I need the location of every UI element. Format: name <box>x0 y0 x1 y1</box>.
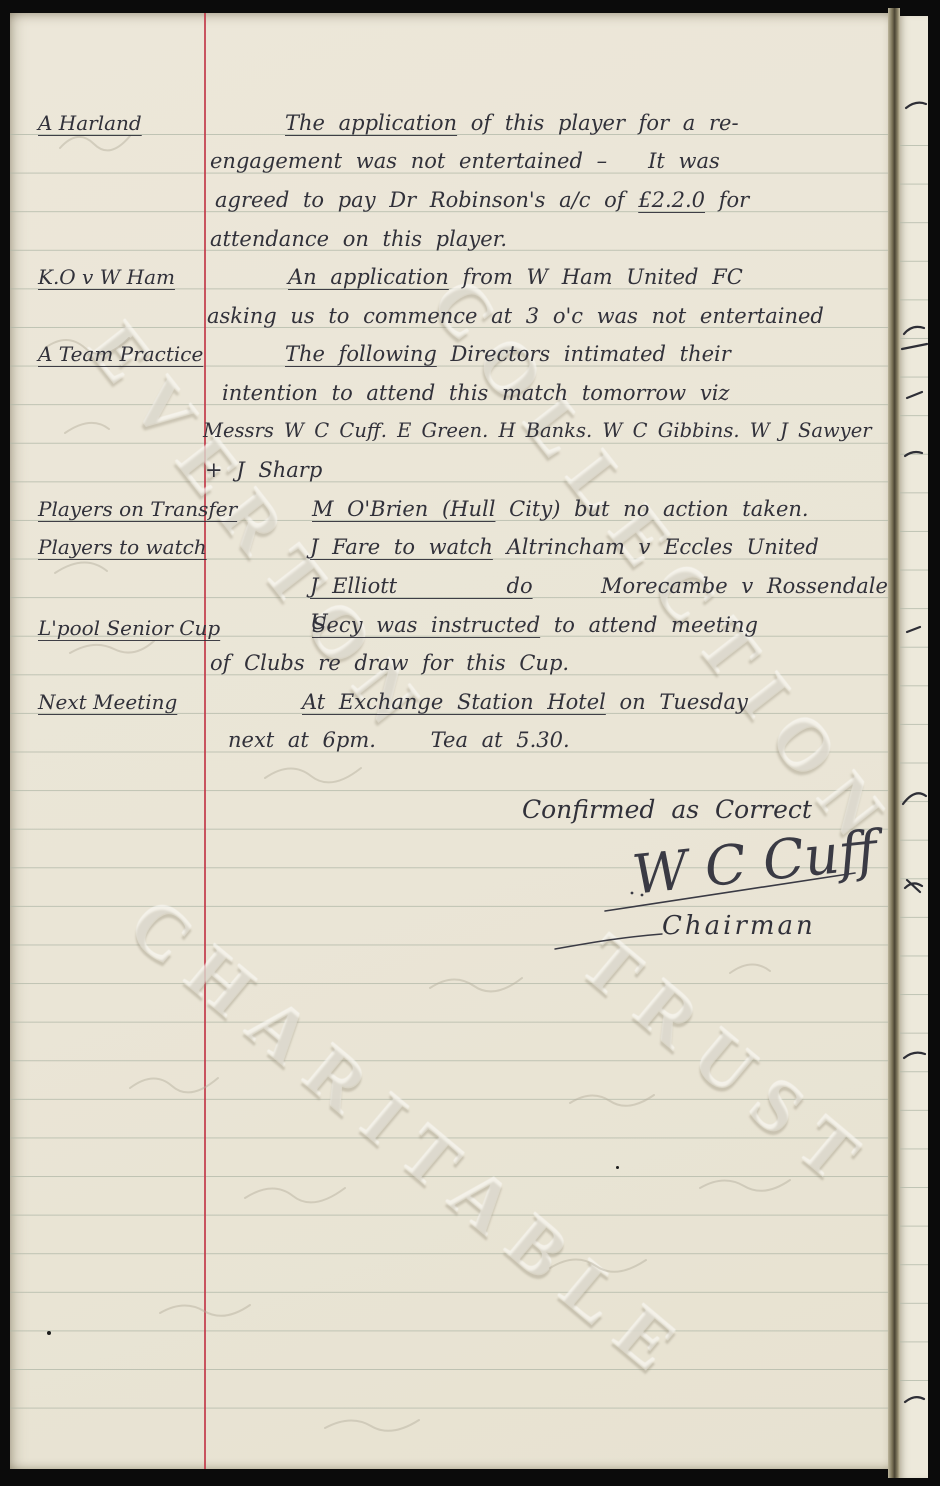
margin-heading-a-team-practice: A Team Practice <box>38 336 203 372</box>
entry-line: J Elliott do Morecambe v Rossendale U. <box>310 568 888 604</box>
confirmed-as-correct-text: Confirmed as Correct <box>522 795 812 824</box>
entry-text: of Clubs re draw for this Cup. <box>210 651 569 675</box>
entry-line: Messrs W C Cuff. E Green. H Banks. W C G… <box>203 413 872 449</box>
margin-heading-a-harland: A Harland <box>38 105 142 141</box>
margin-heading-players-to-watch: Players to watch <box>38 529 207 565</box>
book-gutter <box>888 8 900 1478</box>
entry-line: An application from W Ham United FC <box>288 259 743 295</box>
entry-line: M O'Brien (Hull City) but no action take… <box>312 491 809 527</box>
ink-speck <box>616 1166 619 1169</box>
entry-line: of Clubs re draw for this Cup. <box>210 645 569 681</box>
entry-lead: Secy was instructed <box>312 613 540 637</box>
entry-line: + J Sharp <box>205 452 322 488</box>
ink-speck <box>47 1331 51 1335</box>
entry-lead: The application <box>285 111 457 135</box>
entry-text: Directors intimated their <box>437 342 731 366</box>
entry-lead: J Elliott do <box>310 574 533 598</box>
margin-heading-players-on-transfer: Players on Transfer <box>38 491 237 527</box>
entry-line: J Fare to watch Altrincham v Eccles Unit… <box>310 529 819 565</box>
entry-text: Altrincham v Eccles United <box>493 535 819 559</box>
entry-text: on Tuesday <box>606 690 748 714</box>
entry-text: engagement was not entertained – It was <box>210 149 720 173</box>
entry-text: for <box>705 188 749 212</box>
entry-text: agreed to pay Dr Robinson's a/c of <box>215 188 638 212</box>
entry-text: City) but no action taken. <box>495 497 808 521</box>
entry-text: from W Ham United FC <box>449 265 743 289</box>
entry-text: of this player for a re- <box>457 111 738 135</box>
entry-line: agreed to pay Dr Robinson's a/c of £2.2.… <box>215 182 749 218</box>
margin-heading-ko-v-w-ham: K.O v W Ham <box>38 259 175 295</box>
entry-line: The application of this player for a re- <box>285 105 739 141</box>
entry-lead: An application <box>288 265 449 289</box>
entry-line: engagement was not entertained – It was <box>210 143 720 179</box>
entry-amount: £2.2.0 <box>638 188 705 212</box>
entry-text: to attend meeting <box>540 613 758 637</box>
entry-text: next at 6pm. Tea at 5.30. <box>228 728 570 752</box>
scanned-minute-book-spread: EVERTON COLLECTION CHARITABLE TRUST <box>0 0 940 1486</box>
entry-lead: The following <box>285 342 437 366</box>
chairman-title: Chairman <box>662 911 816 941</box>
entry-lead: At Exchange Station Hotel <box>302 690 606 714</box>
facing-page-edge <box>900 16 928 1478</box>
entry-line: Secy was instructed to attend meeting <box>312 607 758 643</box>
entry-lead: J Fare to watch <box>310 535 493 559</box>
margin-heading-next-meeting: Next Meeting <box>38 684 177 720</box>
entry-lead: M O'Brien (Hull <box>312 497 495 521</box>
entry-line: next at 6pm. Tea at 5.30. <box>228 722 570 758</box>
entry-line: asking us to commence at 3 o'c was not e… <box>207 298 824 334</box>
entry-line: The following Directors intimated their <box>285 336 731 372</box>
entry-text: asking us to commence at 3 o'c was not e… <box>207 304 824 328</box>
entry-text: attendance on this player. <box>210 227 507 251</box>
entry-line: At Exchange Station Hotel on Tuesday <box>302 684 748 720</box>
red-margin-line <box>204 13 206 1469</box>
entry-line: attendance on this player. <box>210 221 507 257</box>
minute-book-page: EVERTON COLLECTION CHARITABLE TRUST <box>10 13 888 1469</box>
entry-text: Messrs W C Cuff. E Green. H Banks. W C G… <box>203 419 872 442</box>
entry-line: intention to attend this match tomorrow … <box>222 375 729 411</box>
entry-text: intention to attend this match tomorrow … <box>222 381 729 405</box>
entry-text: + J Sharp <box>205 458 322 482</box>
facing-page-ruled-lines <box>900 145 928 1415</box>
margin-heading-lpool-senior-cup: L'pool Senior Cup <box>38 610 220 646</box>
